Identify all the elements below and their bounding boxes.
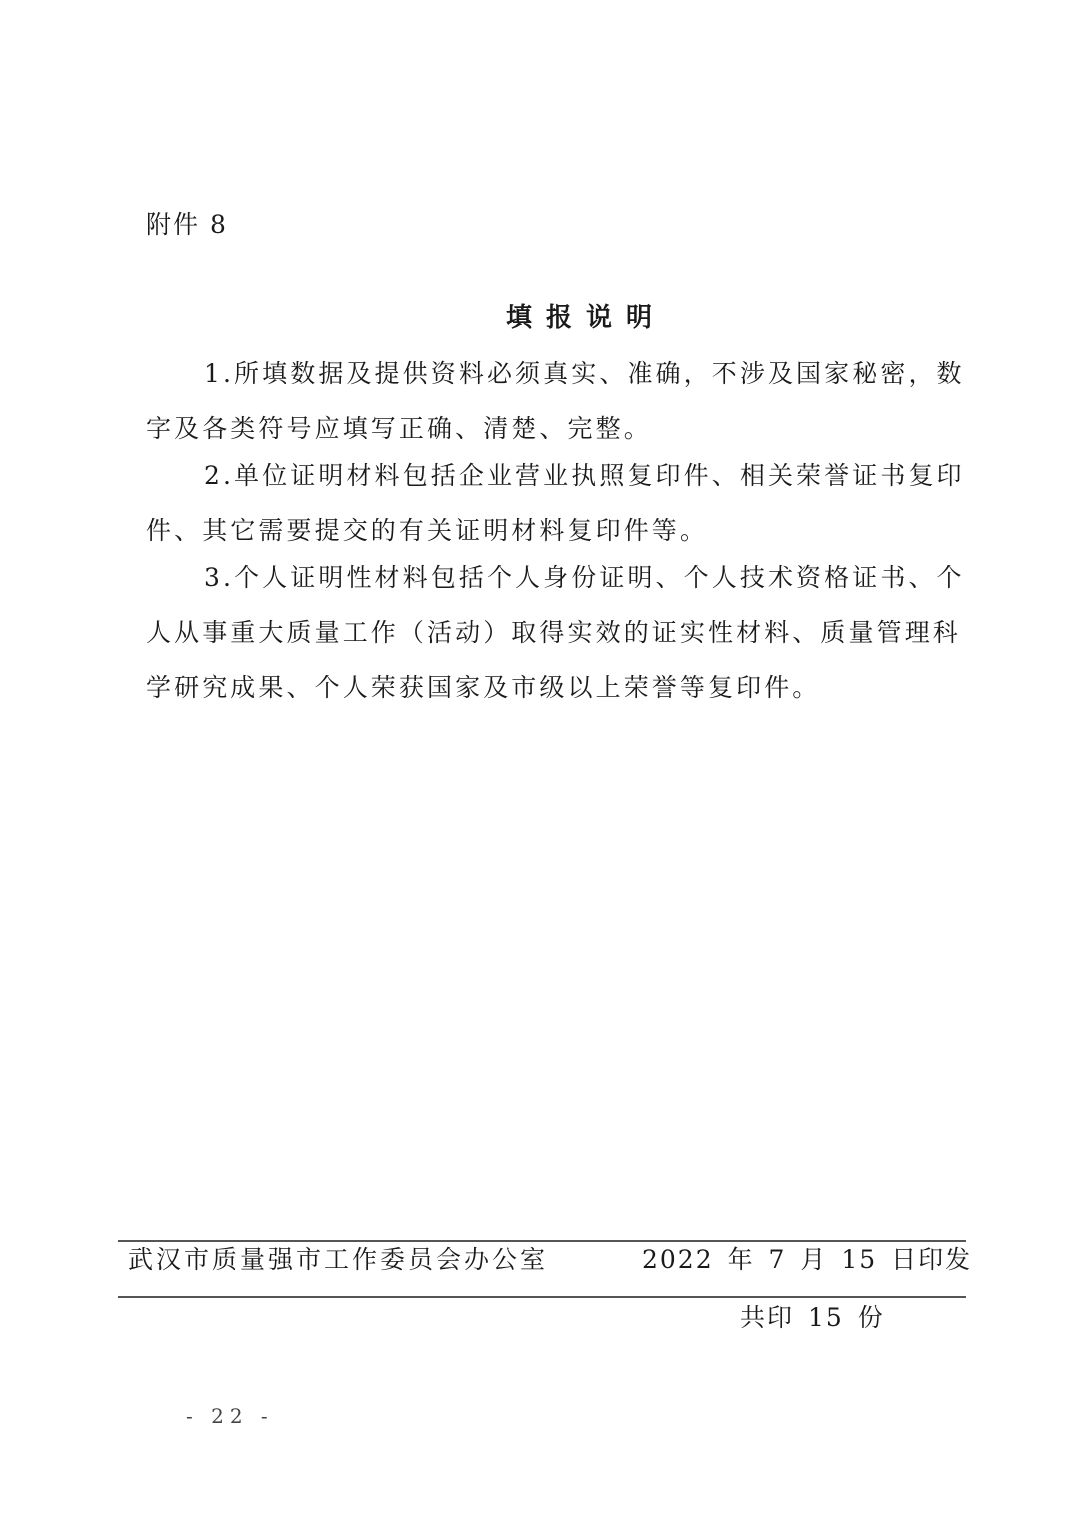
paragraph-3: 3.个人证明性材料包括个人身份证明、个人技术资格证书、个人从事重大质量工作（活动… <box>146 550 972 715</box>
document-title: 填报说明 <box>506 298 666 338</box>
issue-date: 2022 年 7 月 15 日印发 <box>642 1242 972 1278</box>
issuer-name: 武汉市质量强市工作委员会办公室 <box>128 1242 548 1278</box>
footer-bottom-rule <box>118 1296 966 1298</box>
copies-count: 共印 15 份 <box>740 1300 885 1336</box>
paragraph-2: 2.单位证明材料包括企业营业执照复印件、相关荣誉证书复印件、其它需要提交的有关证… <box>146 448 972 558</box>
attachment-label: 附件 8 <box>146 208 228 242</box>
page-number: - 22 - <box>186 1404 274 1428</box>
paragraph-1: 1.所填数据及提供资料必须真实、准确，不涉及国家秘密，数字及各类符号应填写正确、… <box>146 346 972 456</box>
